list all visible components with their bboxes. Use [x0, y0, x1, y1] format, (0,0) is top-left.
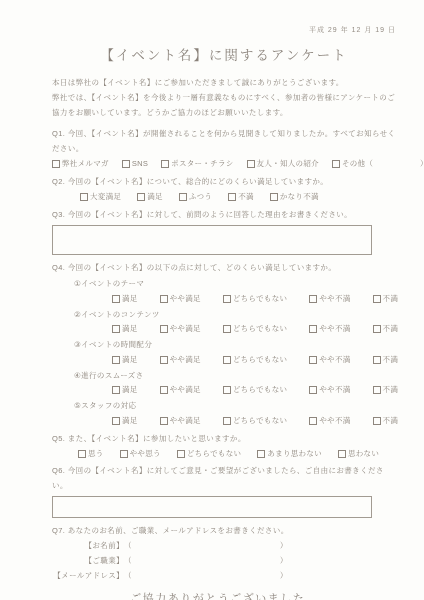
option-label: 満足 — [122, 383, 138, 397]
paren-open: （ — [124, 568, 132, 583]
q4-checkbox-option[interactable]: やや不満 — [309, 353, 350, 367]
q4-checkbox-option[interactable]: やや不満 — [309, 383, 350, 397]
q4-checkbox-option[interactable]: やや満足 — [160, 292, 201, 306]
checkbox-icon[interactable] — [309, 356, 317, 364]
intro-line: 弊社では、【イベント名】を今後より一層有意義なものにすべく、参加者の皆様にアンケ… — [52, 90, 396, 105]
question-q5: Q5. また、【イベント名】に参加したいと思いますか。 思う やや思う どちらで… — [52, 431, 396, 461]
checkbox-icon[interactable] — [223, 325, 231, 333]
question-q3: Q3. 今回の【イベント名】に対して、前問のように回答した理由をお書きください。 — [52, 207, 396, 255]
checkbox-icon[interactable] — [309, 386, 317, 394]
option-label: やや満足 — [170, 322, 201, 336]
checkbox-icon[interactable] — [80, 193, 88, 201]
checkbox-icon[interactable] — [160, 325, 168, 333]
option-label: やや不満 — [319, 353, 350, 367]
q4-checkbox-option[interactable]: 満足 — [112, 353, 138, 367]
checkbox-icon[interactable] — [112, 325, 120, 333]
question-q2: Q2. 今回の【イベント名】について、総合的にどのくらい満足していますか。 大変… — [52, 174, 396, 204]
q4-checkbox-option[interactable]: 不満 — [373, 414, 399, 428]
question-q1: Q1. 今回、【イベント名】が開催されることを何から見聞きして知りましたか。すべ… — [52, 126, 396, 171]
q1-checkbox-option[interactable]: 友人・知人の紹介 — [247, 157, 319, 171]
q7-occupation-label: 【ご職業】 — [52, 553, 124, 568]
q4-checkbox-option[interactable]: 不満 — [373, 322, 399, 336]
q3-answer-box[interactable] — [52, 225, 372, 255]
option-label: 友人・知人の紹介 — [257, 157, 319, 171]
q2-options: 大変満足 満足 ふつう 不満 か — [80, 190, 396, 204]
option-label: やや満足 — [170, 414, 201, 428]
q4-checkbox-option[interactable]: やや不満 — [309, 292, 350, 306]
checkbox-icon[interactable] — [179, 193, 187, 201]
option-label: やや満足 — [170, 292, 201, 306]
q2-checkbox-option[interactable]: ふつう — [179, 190, 212, 204]
intro-paragraph: 本日は弊社の【イベント名】にご参加いただきまして誠にありがとうございます。 弊社… — [52, 75, 396, 120]
q7-email-field[interactable]: （ ） — [124, 568, 288, 583]
option-label: その他（ ） — [342, 157, 424, 171]
checkbox-icon[interactable] — [78, 450, 86, 458]
option-label: どちらでもない — [233, 353, 288, 367]
checkbox-icon[interactable] — [223, 356, 231, 364]
q2-checkbox-option[interactable]: 満足 — [137, 190, 163, 204]
q1-text: Q1. 今回、【イベント名】が開催されることを何から見聞きして知りましたか。すべ… — [52, 126, 396, 141]
document-date: 平成 29 年 12 月 19 日 — [52, 26, 396, 36]
checkbox-icon[interactable] — [161, 160, 169, 168]
checkbox-icon[interactable] — [373, 386, 381, 394]
checkbox-icon[interactable] — [112, 295, 120, 303]
q4-checkbox-option[interactable]: 満足 — [112, 383, 138, 397]
checkbox-icon[interactable] — [122, 160, 130, 168]
option-label: 不満 — [383, 414, 399, 428]
checkbox-icon[interactable] — [160, 386, 168, 394]
q4-checkbox-option[interactable]: 不満 — [373, 383, 399, 397]
q5-checkbox-option[interactable]: 思わない — [338, 447, 379, 461]
q4-checkbox-option[interactable]: やや満足 — [160, 414, 201, 428]
q2-checkbox-option[interactable]: かなり不満 — [270, 190, 319, 204]
checkbox-icon[interactable] — [160, 295, 168, 303]
option-label: やや思う — [130, 447, 161, 461]
option-label: あまり思わない — [267, 447, 322, 461]
option-label: 満足 — [147, 190, 163, 204]
checkbox-icon[interactable] — [160, 417, 168, 425]
q7-occupation-row: 【ご職業】 （ ） — [52, 553, 396, 568]
option-label: どちらでもない — [233, 292, 288, 306]
paren-open: （ — [124, 538, 132, 553]
q7-occupation-field[interactable]: （ ） — [124, 553, 288, 568]
option-label: どちらでもない — [233, 383, 288, 397]
q4-checkbox-option[interactable]: やや満足 — [160, 353, 201, 367]
question-q4: Q4. 今回の【イベント名】の以下の点に対して、どのくらい満足していますか。 ①… — [52, 260, 396, 428]
q4-item-3-options: 満足 やや満足 どちらでもない やや不満 — [112, 353, 396, 367]
q1-options: 弊社メルマガ SNS ポスター・チラシ 友人・知人の紹介 — [52, 157, 396, 171]
q1-checkbox-option[interactable]: SNS — [122, 157, 148, 171]
checkbox-icon[interactable] — [120, 450, 128, 458]
checkbox-icon[interactable] — [223, 417, 231, 425]
q5-text: Q5. また、【イベント名】に参加したいと思いますか。 — [52, 431, 396, 446]
q4-item-title: ②イベントのコンテンツ — [74, 307, 396, 322]
q4-item-4-options: 満足 やや満足 どちらでもない やや不満 — [112, 383, 396, 397]
q3-text: Q3. 今回の【イベント名】に対して、前問のように回答した理由をお書きください。 — [52, 207, 396, 222]
option-label: どちらでもない — [187, 447, 242, 461]
q4-checkbox-option[interactable]: 不満 — [373, 353, 399, 367]
q4-checkbox-option[interactable]: 満足 — [112, 292, 138, 306]
q4-item-5-options: 満足 やや満足 どちらでもない やや不満 — [112, 414, 396, 428]
option-label: やや満足 — [170, 383, 201, 397]
q7-name-label: 【お名前】 — [52, 538, 124, 553]
q4-checkbox-option[interactable]: 満足 — [112, 322, 138, 336]
q4-checkbox-option[interactable]: やや満足 — [160, 383, 201, 397]
q4-checkbox-option[interactable]: どちらでもない — [223, 414, 288, 428]
option-label: 弊社メルマガ — [62, 157, 109, 171]
checkbox-icon[interactable] — [112, 356, 120, 364]
q7-name-field[interactable]: （ ） — [124, 538, 288, 553]
option-label: かなり不満 — [280, 190, 319, 204]
q4-checkbox-option[interactable]: どちらでもない — [223, 383, 288, 397]
survey-sheet: 平成 29 年 12 月 19 日 【イベント名】に関するアンケート 本日は弊社… — [0, 0, 424, 600]
checkbox-icon[interactable] — [373, 325, 381, 333]
option-label: 思う — [88, 447, 104, 461]
q7-email-row: 【メールアドレス】 （ ） — [52, 568, 396, 583]
q4-item-title: ④進行のスムーズさ — [74, 368, 396, 383]
intro-line: 協力をお願いしています。どうかご協力のほどお願いいたします。 — [52, 105, 396, 120]
q7-name-input[interactable] — [132, 540, 280, 550]
option-label: 不満 — [383, 353, 399, 367]
q2-checkbox-option[interactable]: 不満 — [228, 190, 254, 204]
q5-options: 思う やや思う どちらでもない あまり思わない — [78, 447, 396, 461]
option-label: 不満 — [383, 383, 399, 397]
q6-answer-box[interactable] — [52, 496, 372, 518]
checkbox-icon[interactable] — [373, 417, 381, 425]
checkbox-icon[interactable] — [177, 450, 185, 458]
q5-checkbox-option[interactable]: あまり思わない — [257, 447, 322, 461]
q4-item-theme: ①イベントのテーマ 満足 やや満足 どちらでもない — [52, 276, 396, 306]
question-q6: Q6. 今回の【イベント名】に対してご意見・ご要望がございましたら、ご自由にお書… — [52, 463, 396, 518]
closing-message: ご協力ありがとうございました。 — [52, 590, 396, 600]
q4-item-2-options: 満足 やや満足 どちらでもない やや不満 — [112, 322, 396, 336]
checkbox-icon[interactable] — [373, 295, 381, 303]
q5-checkbox-option[interactable]: やや思う — [120, 447, 161, 461]
q4-text: Q4. 今回の【イベント名】の以下の点に対して、どのくらい満足していますか。 — [52, 260, 396, 275]
option-label: 大変満足 — [90, 190, 121, 204]
q4-checkbox-option[interactable]: どちらでもない — [223, 292, 288, 306]
option-label: やや不満 — [319, 414, 350, 428]
option-label: どちらでもない — [233, 322, 288, 336]
checkbox-icon[interactable] — [309, 295, 317, 303]
checkbox-icon[interactable] — [373, 356, 381, 364]
q4-checkbox-option[interactable]: 満足 — [112, 414, 138, 428]
paren-close: ） — [280, 538, 288, 553]
q4-item-title: ⑤スタッフの対応 — [74, 398, 396, 413]
checkbox-icon[interactable] — [52, 160, 60, 168]
checkbox-icon[interactable] — [112, 417, 120, 425]
q4-checkbox-option[interactable]: やや不満 — [309, 414, 350, 428]
q7-name-row: 【お名前】 （ ） — [52, 538, 396, 553]
option-label: やや満足 — [170, 353, 201, 367]
q7-occupation-input[interactable] — [132, 555, 280, 565]
checkbox-icon[interactable] — [112, 386, 120, 394]
checkbox-icon[interactable] — [223, 386, 231, 394]
q4-item-title: ①イベントのテーマ — [74, 276, 396, 291]
paren-open: （ — [124, 553, 132, 568]
option-label: ポスター・チラシ — [171, 157, 233, 171]
q4-checkbox-option[interactable]: やや満足 — [160, 322, 201, 336]
option-label: 不満 — [383, 322, 399, 336]
checkbox-icon[interactable] — [338, 450, 346, 458]
q7-email-input[interactable] — [132, 570, 280, 580]
q5-checkbox-option[interactable]: どちらでもない — [177, 447, 242, 461]
option-label: やや不満 — [319, 292, 350, 306]
checkbox-icon[interactable] — [228, 193, 236, 201]
page-title: 【イベント名】に関するアンケート — [52, 46, 396, 66]
q4-item-content: ②イベントのコンテンツ 満足 やや満足 どちらでもない — [52, 307, 396, 337]
q4-item-title: ③イベントの時間配分 — [74, 337, 396, 352]
q1-text-cont: ださい。 — [52, 141, 396, 156]
q4-item-timing: ③イベントの時間配分 満足 やや満足 どちらでもない — [52, 337, 396, 367]
checkbox-icon[interactable] — [247, 160, 255, 168]
paren-close: ） — [280, 553, 288, 568]
q1-checkbox-option[interactable]: 弊社メルマガ — [52, 157, 109, 171]
paren-close: ） — [280, 568, 288, 583]
q4-checkbox-option[interactable]: どちらでもない — [223, 322, 288, 336]
option-label: 不満 — [383, 292, 399, 306]
checkbox-icon[interactable] — [309, 417, 317, 425]
q4-item-1-options: 満足 やや満足 どちらでもない やや不満 — [112, 292, 396, 306]
intro-line: 本日は弊社の【イベント名】にご参加いただきまして誠にありがとうございます。 — [52, 75, 396, 90]
option-label: どちらでもない — [233, 414, 288, 428]
q6-text: Q6. 今回の【イベント名】に対してご意見・ご要望がございましたら、ご自由にお書… — [52, 463, 396, 493]
checkbox-icon[interactable] — [160, 356, 168, 364]
q4-item-smoothness: ④進行のスムーズさ 満足 やや満足 どちらでもない — [52, 368, 396, 398]
question-q7: Q7. あなたのお名前、ご職業、メールアドレスをお書きください。 【お名前】 （… — [52, 523, 396, 583]
q1-checkbox-option[interactable]: ポスター・チラシ — [161, 157, 233, 171]
q2-checkbox-option[interactable]: 大変満足 — [80, 190, 121, 204]
q7-text: Q7. あなたのお名前、ご職業、メールアドレスをお書きください。 — [52, 523, 396, 538]
checkbox-icon[interactable] — [137, 193, 145, 201]
option-label: 満足 — [122, 414, 138, 428]
option-label: 満足 — [122, 322, 138, 336]
option-label: 思わない — [348, 447, 379, 461]
option-label: やや不満 — [319, 383, 350, 397]
q5-checkbox-option[interactable]: 思う — [78, 447, 104, 461]
option-label: やや不満 — [319, 322, 350, 336]
option-label: 満足 — [122, 353, 138, 367]
q4-checkbox-option[interactable]: やや不満 — [309, 322, 350, 336]
q7-email-label: 【メールアドレス】 — [52, 568, 124, 583]
option-label: SNS — [132, 157, 148, 171]
q4-checkbox-option[interactable]: どちらでもない — [223, 353, 288, 367]
checkbox-icon[interactable] — [309, 325, 317, 333]
q4-checkbox-option[interactable]: 不満 — [373, 292, 399, 306]
checkbox-icon[interactable] — [257, 450, 265, 458]
q2-text: Q2. 今回の【イベント名】について、総合的にどのくらい満足していますか。 — [52, 174, 396, 189]
checkbox-icon[interactable] — [332, 160, 340, 168]
option-label: 不満 — [238, 190, 254, 204]
option-label: 満足 — [122, 292, 138, 306]
q4-item-staff: ⑤スタッフの対応 満足 やや満足 どちらでもない — [52, 398, 396, 428]
option-label: ふつう — [189, 190, 212, 204]
q1-checkbox-option[interactable]: その他（ ） — [332, 157, 424, 171]
checkbox-icon[interactable] — [223, 295, 231, 303]
checkbox-icon[interactable] — [270, 193, 278, 201]
